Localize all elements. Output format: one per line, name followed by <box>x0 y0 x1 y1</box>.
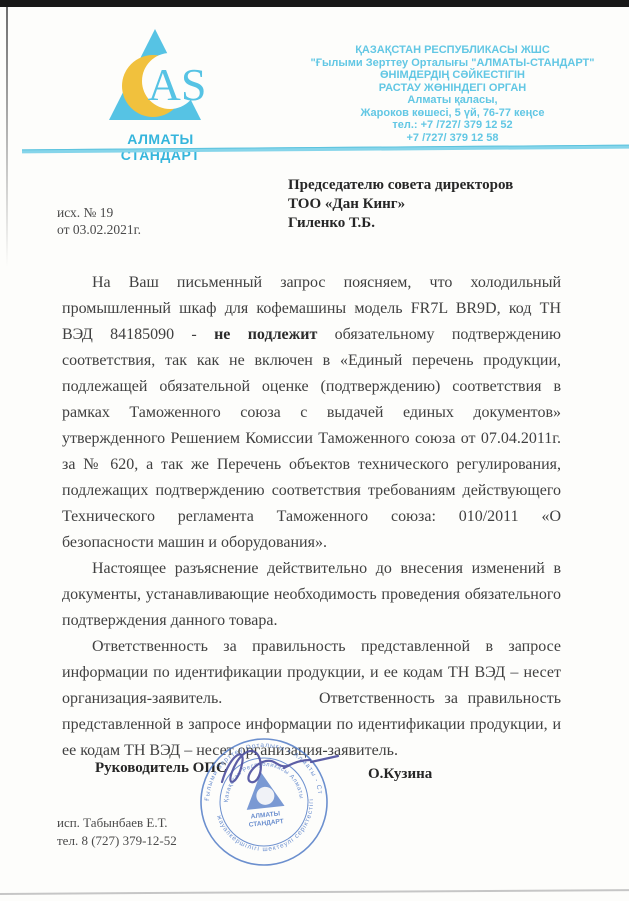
handwritten-signature-icon <box>214 742 349 797</box>
org-line: "Ғылыми Зерттеу Орталығы "АЛМАТЫ-СТАНДАР… <box>295 57 610 70</box>
scanned-letter-page: AS АЛМАТЫ СТАНДАРТ ҚАЗАҚСТАН РЕСПУБЛИКАС… <box>0 0 629 901</box>
scan-top-edge <box>0 0 629 7</box>
letterhead-org-block: ҚАЗАҚСТАН РЕСПУБЛИКАСЫ ЖШС "Ғылыми Зертт… <box>295 44 610 144</box>
almaty-standart-logo-icon: AS <box>93 26 228 124</box>
org-phone-line: +7 /727/ 379 12 58 <box>295 132 610 145</box>
letter-date: от 03.02.2021г. <box>57 221 141 238</box>
org-phone-line: тел.: +7 /727/ 379 12 52 <box>295 119 610 132</box>
org-line: РАСТАУ ЖӨНІНДЕГІ ОРГАН <box>295 82 610 95</box>
executor-phone: тел. 8 (727) 379-12-52 <box>57 832 177 850</box>
addressee-title: Председателю совета директоров <box>288 176 513 195</box>
paragraph-1-bold: не подлежит <box>214 326 317 343</box>
org-line: Жароков көшесі, 5 үй, 76-77 кеңсе <box>295 107 610 120</box>
paragraph-1-tail: обязательному подтверждению соответствия… <box>62 326 561 551</box>
org-line: ӨНІМДЕРДІҢ СӘЙКЕСТІГІН <box>295 69 610 82</box>
scan-left-edge <box>6 7 8 267</box>
reference-block: исх. № 19 от 03.02.2021г. <box>57 204 141 238</box>
letter-body: На Ваш письменный запрос поясняем, что х… <box>62 270 561 764</box>
executor-name: исп. Табынбаев Е.Т. <box>57 814 177 832</box>
outgoing-number: исх. № 19 <box>57 204 141 221</box>
addressee-person: Гиленко Т.Б. <box>288 214 513 233</box>
scan-bottom-edge <box>0 889 629 895</box>
logo-as-text: AS <box>148 59 207 110</box>
executor-block: исп. Табынбаев Е.Т. тел. 8 (727) 379-12-… <box>57 814 177 850</box>
signatory-name: О.Кузина <box>368 766 432 783</box>
company-logo: AS АЛМАТЫ СТАНДАРТ <box>93 26 228 163</box>
addressee-block: Председателю совета директоров ТОО «Дан … <box>288 176 513 233</box>
addressee-company: ТОО «Дан Кинг» <box>288 195 513 214</box>
paragraph-1: На Ваш письменный запрос поясняем, что х… <box>62 270 561 556</box>
org-line: Алматы қаласы, <box>295 94 610 107</box>
paragraph-2: Настоящее разъяснение действительно до в… <box>62 556 561 634</box>
org-line: ҚАЗАҚСТАН РЕСПУБЛИКАСЫ ЖШС <box>295 44 610 57</box>
